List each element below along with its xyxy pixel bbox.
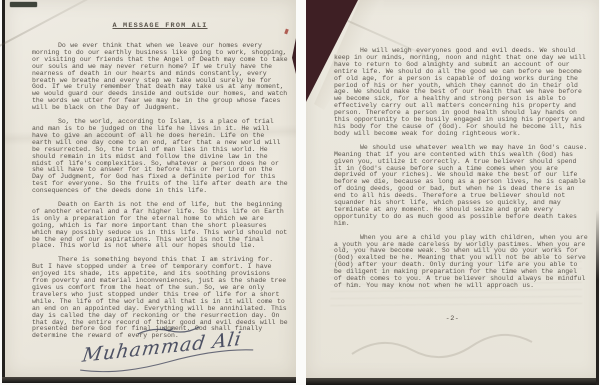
backdrop-sliver <box>292 38 296 74</box>
signature: Muhammad Ali <box>75 318 258 382</box>
paragraph: So, the world, according to Islam, is a … <box>32 119 288 195</box>
bleed-through-ghost-text <box>330 247 582 307</box>
bleed-through-ghost-signature <box>342 330 542 366</box>
left-page-text-column: A MESSAGE FROM ALI Do we ever think that… <box>32 22 288 347</box>
photo-edge-shadow <box>306 378 599 385</box>
left-page-paper: A MESSAGE FROM ALI Do we ever think that… <box>5 0 296 377</box>
photo-edge-shadow <box>596 210 599 385</box>
corner-sticker <box>10 2 37 7</box>
left-page-paragraphs: Do we ever think that when we leave our … <box>32 43 288 340</box>
page-title: A MESSAGE FROM ALI <box>32 22 288 30</box>
right-page-paper: He will weigh everyones good and evil de… <box>306 0 599 378</box>
page-number: -2- <box>306 315 599 323</box>
left-page-photo: A MESSAGE FROM ALI Do we ever think that… <box>2 0 296 383</box>
scanned-document: A MESSAGE FROM ALI Do we ever think that… <box>0 0 600 385</box>
paragraph: Do we ever think that when we leave our … <box>32 43 288 112</box>
paragraph: We should use whatever wealth we may hav… <box>334 145 588 228</box>
photo-edge-shadow <box>2 377 296 383</box>
paragraph: Death on Earth is not the end of life, b… <box>32 202 288 250</box>
right-page-photo: He will weigh everyones good and evil de… <box>306 0 599 385</box>
paragraph: He will weigh everyones good and evil de… <box>334 48 588 138</box>
